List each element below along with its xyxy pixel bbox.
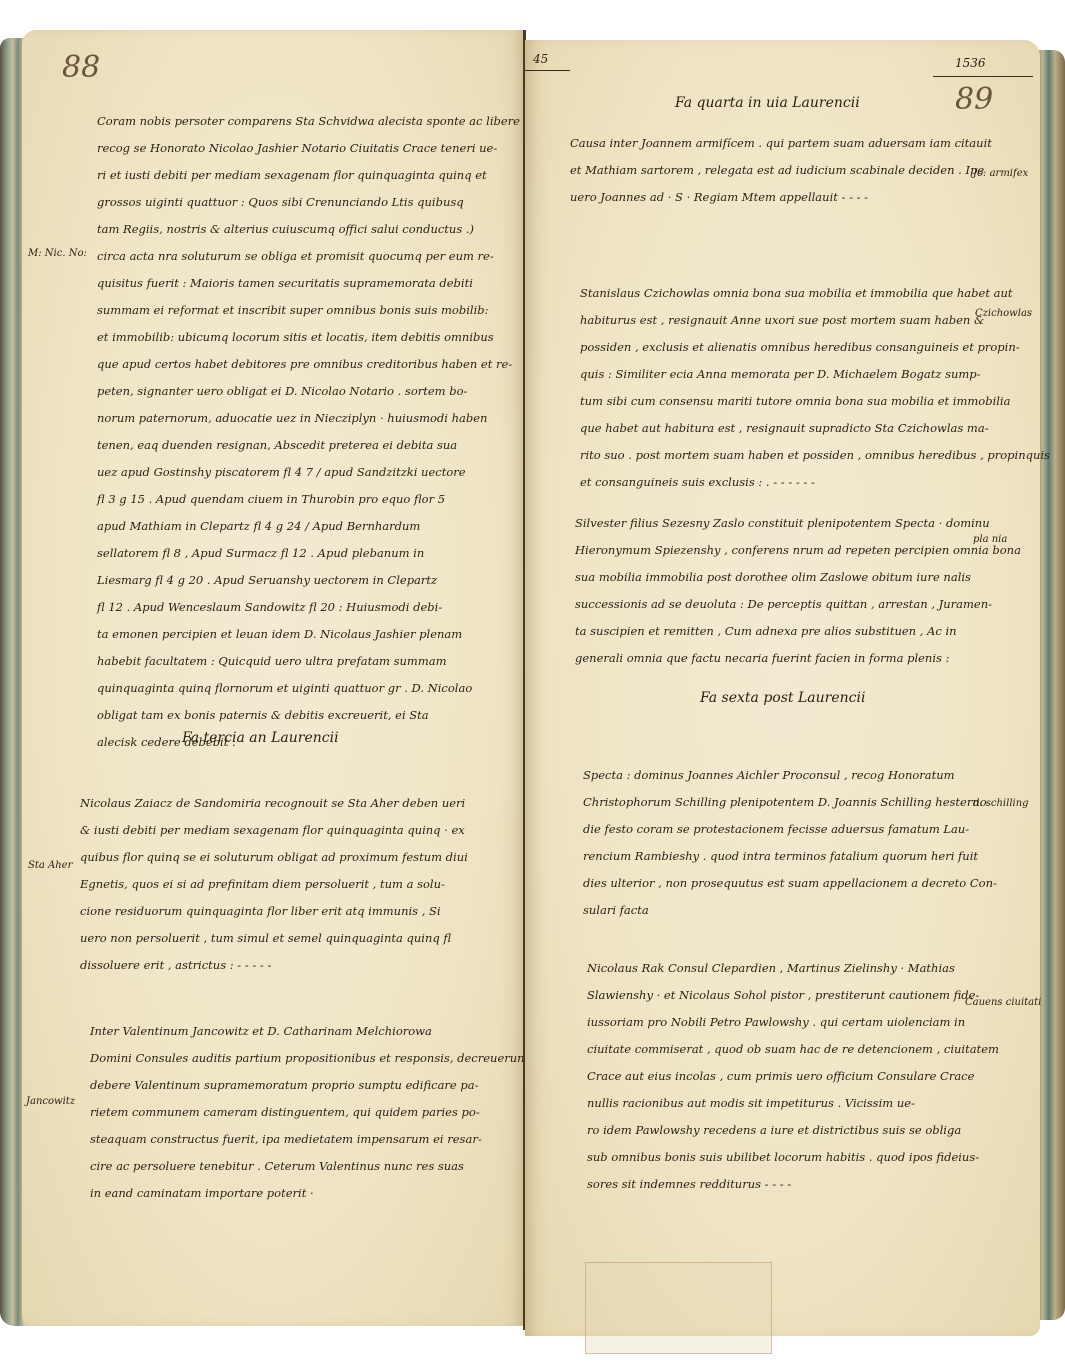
text-line: successionis ad se deuoluta : De percept…	[575, 591, 1021, 618]
text-line: Silvester filius Sezesny Zaslo constitui…	[575, 510, 1021, 537]
text-line: steaquam constructus fuerit, ipa medieta…	[90, 1126, 529, 1153]
text-line: possiden , exclusis et alienatis omnibus…	[580, 334, 1050, 361]
text-line: cire ac persoluere tenebitur . Ceterum V…	[90, 1153, 529, 1180]
text-line: quis : Similiter ecia Anna memorata per …	[580, 361, 1050, 388]
left-page: 88 M: Nic. No: Coram nobis persoter comp…	[22, 30, 525, 1326]
text-line: in eand caminatam importare poterit ·	[90, 1180, 529, 1207]
entry-text: Nicolaus Rak Consul Clepardien , Martinu…	[587, 955, 999, 1198]
text-line: tam Regiis, nostris & alterius cuiuscumq…	[97, 216, 520, 243]
text-line: uez apud Gostinshy piscatorem fl 4 7 / a…	[97, 459, 520, 486]
text-line: obligat tam ex bonis paternis & debitis …	[97, 702, 520, 729]
text-line: Nicolaus Rak Consul Clepardien , Martinu…	[587, 955, 999, 982]
text-line: sub omnibus bonis suis ubilibet locorum …	[587, 1144, 999, 1171]
text-line: que habet aut habitura est , resignauit …	[580, 415, 1050, 442]
text-line: recog se Honorato Nicolao Jashier Notari…	[97, 135, 520, 162]
text-line: iussoriam pro Nobili Petro Pawlowshy . q…	[587, 1009, 999, 1036]
text-line: die festo coram se protestacionem feciss…	[583, 816, 997, 843]
text-line: fl 12 . Apud Wenceslaum Sandowitz fl 20 …	[97, 594, 520, 621]
text-line: ta suscipien et remitten , Cum adnexa pr…	[575, 618, 1021, 645]
text-line: summam ei reformat et inscribit super om…	[97, 297, 520, 324]
text-line: fl 3 g 15 . Apud quendam ciuem in Thurob…	[97, 486, 520, 513]
text-line: et consanguineis suis exclusis : . - - -…	[580, 469, 1050, 496]
text-line: habebit facultatem : Quicquid uero ultra…	[97, 648, 520, 675]
text-line: Domini Consules auditis partium proposit…	[90, 1045, 529, 1072]
folio-number: 88	[62, 50, 100, 85]
entry-text: Silvester filius Sezesny Zaslo constitui…	[575, 510, 1021, 672]
text-line: Christophorum Schilling plenipotentem D.…	[583, 789, 997, 816]
text-line: sores sit indemnes redditurus - - - -	[587, 1171, 999, 1198]
text-line: nullis racionibus aut modis sit impetitu…	[587, 1090, 999, 1117]
margin-note: Jancowitz	[26, 1096, 75, 1107]
corner-rule	[525, 70, 570, 71]
text-line: quisitus fuerit : Maioris tamen securita…	[97, 270, 520, 297]
text-line: Nicolaus Zaiacz de Sandomiria recognouit…	[80, 790, 468, 817]
entry-text: Nicolaus Zaiacz de Sandomiria recognouit…	[80, 790, 468, 979]
text-line: Crace aut eius incolas , cum primis uero…	[587, 1063, 999, 1090]
text-line: norum paternorum, aduocatie uez in Niecz…	[97, 405, 520, 432]
text-line: tum sibi cum consensu mariti tutore omni…	[580, 388, 1050, 415]
text-line: generali omnia que factu necaria fuerint…	[575, 645, 1021, 672]
text-line: rencium Rambieshy . quod intra terminos …	[583, 843, 997, 870]
text-line: rito suo . post mortem suam haben et pos…	[580, 442, 1050, 469]
text-line: ta emonen percipien et leuan idem D. Nic…	[97, 621, 520, 648]
text-line: sellatorem fl 8 , Apud Surmacz fl 12 . A…	[97, 540, 520, 567]
text-line: Stanislaus Czichowlas omnia bona sua mob…	[580, 280, 1050, 307]
section-heading: Fa quarta in uia Laurencii	[675, 95, 860, 111]
text-line: que apud certos habet debitores pre omni…	[97, 351, 520, 378]
text-line: grossos uiginti quattuor : Quos sibi Cre…	[97, 189, 520, 216]
text-line: dies ulterior , non prosequutus est suam…	[583, 870, 997, 897]
text-line: Specta : dominus Joannes Aichler Procons…	[583, 762, 997, 789]
text-line: & iusti debiti per mediam sexagenam flor…	[80, 817, 468, 844]
text-line: cione residuorum quinquaginta flor liber…	[80, 898, 468, 925]
text-line: tenen, eaq duenden resignan, Abscedit pr…	[97, 432, 520, 459]
text-line: rietem communem cameram distinguentem, q…	[90, 1099, 529, 1126]
year-header: 1536	[955, 56, 986, 70]
text-line: ri et iusti debiti per mediam sexagenam …	[97, 162, 520, 189]
text-line: Slawienshy · et Nicolaus Sohol pistor , …	[587, 982, 999, 1009]
margin-note: M: Nic. No:	[28, 248, 87, 259]
margin-note: Sta Aher	[28, 860, 72, 871]
corner-mark: 45	[533, 52, 548, 66]
text-line: ro idem Pawlowshy recedens a iure et dis…	[587, 1117, 999, 1144]
text-line: et Mathiam sartorem , relegata est ad iu…	[570, 157, 992, 184]
text-line: apud Mathiam in Clepartz fl 4 g 24 / Apu…	[97, 513, 520, 540]
text-line: Liesmarg fl 4 g 20 . Apud Seruanshy uect…	[97, 567, 520, 594]
text-line: quibus flor quinq se ei soluturum obliga…	[80, 844, 468, 871]
text-line: circa acta nra soluturum se obliga et pr…	[97, 243, 520, 270]
header-rule	[933, 76, 1033, 77]
entry-text: Coram nobis persoter comparens Sta Schvi…	[97, 108, 520, 756]
text-line: Inter Valentinum Jancowitz et D. Cathari…	[90, 1018, 529, 1045]
text-line: Hieronymum Spiezenshy , conferens nrum a…	[575, 537, 1021, 564]
text-line: sulari facta	[583, 897, 997, 924]
section-heading: Fa sexta post Laurencii	[700, 690, 865, 706]
text-line: ciuitate commiserat , quod ob suam hac d…	[587, 1036, 999, 1063]
text-line: Coram nobis persoter comparens Sta Schvi…	[97, 108, 520, 135]
entry-text: Specta : dominus Joannes Aichler Procons…	[583, 762, 997, 924]
text-line: peten, signanter uero obligat ei D. Nico…	[97, 378, 520, 405]
folio-number: 89	[955, 82, 993, 117]
text-line: habiturus est , resignauit Anne uxori su…	[580, 307, 1050, 334]
text-line: debere Valentinum supramemoratum proprio…	[90, 1072, 529, 1099]
paper-patch	[585, 1262, 772, 1354]
section-heading: Fa tercia an Laurencii	[182, 730, 339, 746]
right-page: 45 1536 89 Fa quarta in uia Laurencii Jo…	[525, 40, 1040, 1336]
text-line: quinquaginta quinq flornorum et uiginti …	[97, 675, 520, 702]
text-line: uero Joannes ad · S · Regiam Mtem appell…	[570, 184, 992, 211]
open-manuscript-book: 88 M: Nic. No: Coram nobis persoter comp…	[0, 30, 1065, 1330]
text-line: dissoluere erit , astrictus : - - - - -	[80, 952, 468, 979]
entry-text: Stanislaus Czichowlas omnia bona sua mob…	[580, 280, 1050, 496]
text-line: uero non persoluerit , tum simul et seme…	[80, 925, 468, 952]
entry-text: Inter Valentinum Jancowitz et D. Cathari…	[90, 1018, 529, 1207]
entry-text: Causa inter Joannem armifícem . qui part…	[570, 130, 992, 211]
text-line: Egnetis, quos ei si ad prefinitam diem p…	[80, 871, 468, 898]
text-line: sua mobilia immobilia post dorothee olim…	[575, 564, 1021, 591]
text-line: Causa inter Joannem armifícem . qui part…	[570, 130, 992, 157]
text-line: et immobilib: ubicumq locorum sitis et l…	[97, 324, 520, 351]
